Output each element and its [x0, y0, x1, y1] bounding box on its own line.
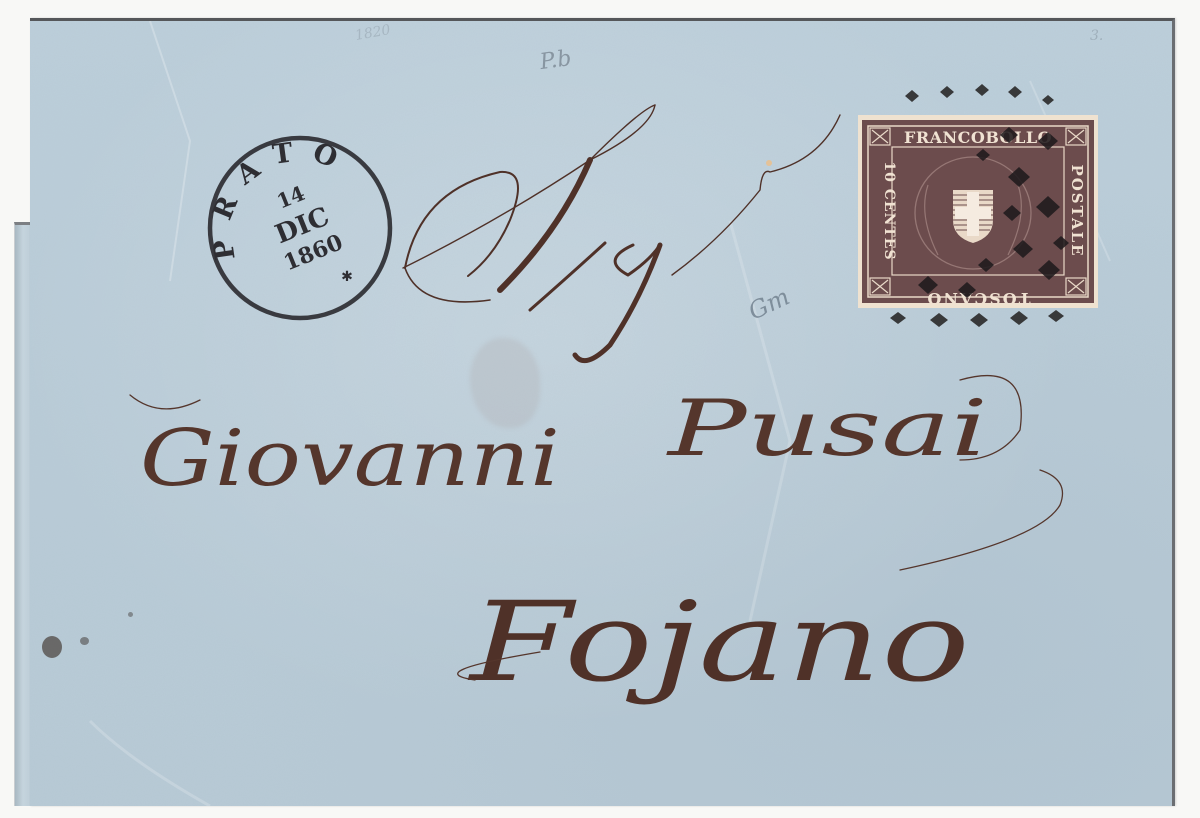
handwritten-address: Sig Giovanni Pusai Fojano [0, 0, 1200, 818]
recipient-town: Fojano [467, 578, 970, 706]
recipient-last-name: Pusai [665, 384, 988, 474]
recipient-first-name: Giovanni [140, 414, 560, 504]
